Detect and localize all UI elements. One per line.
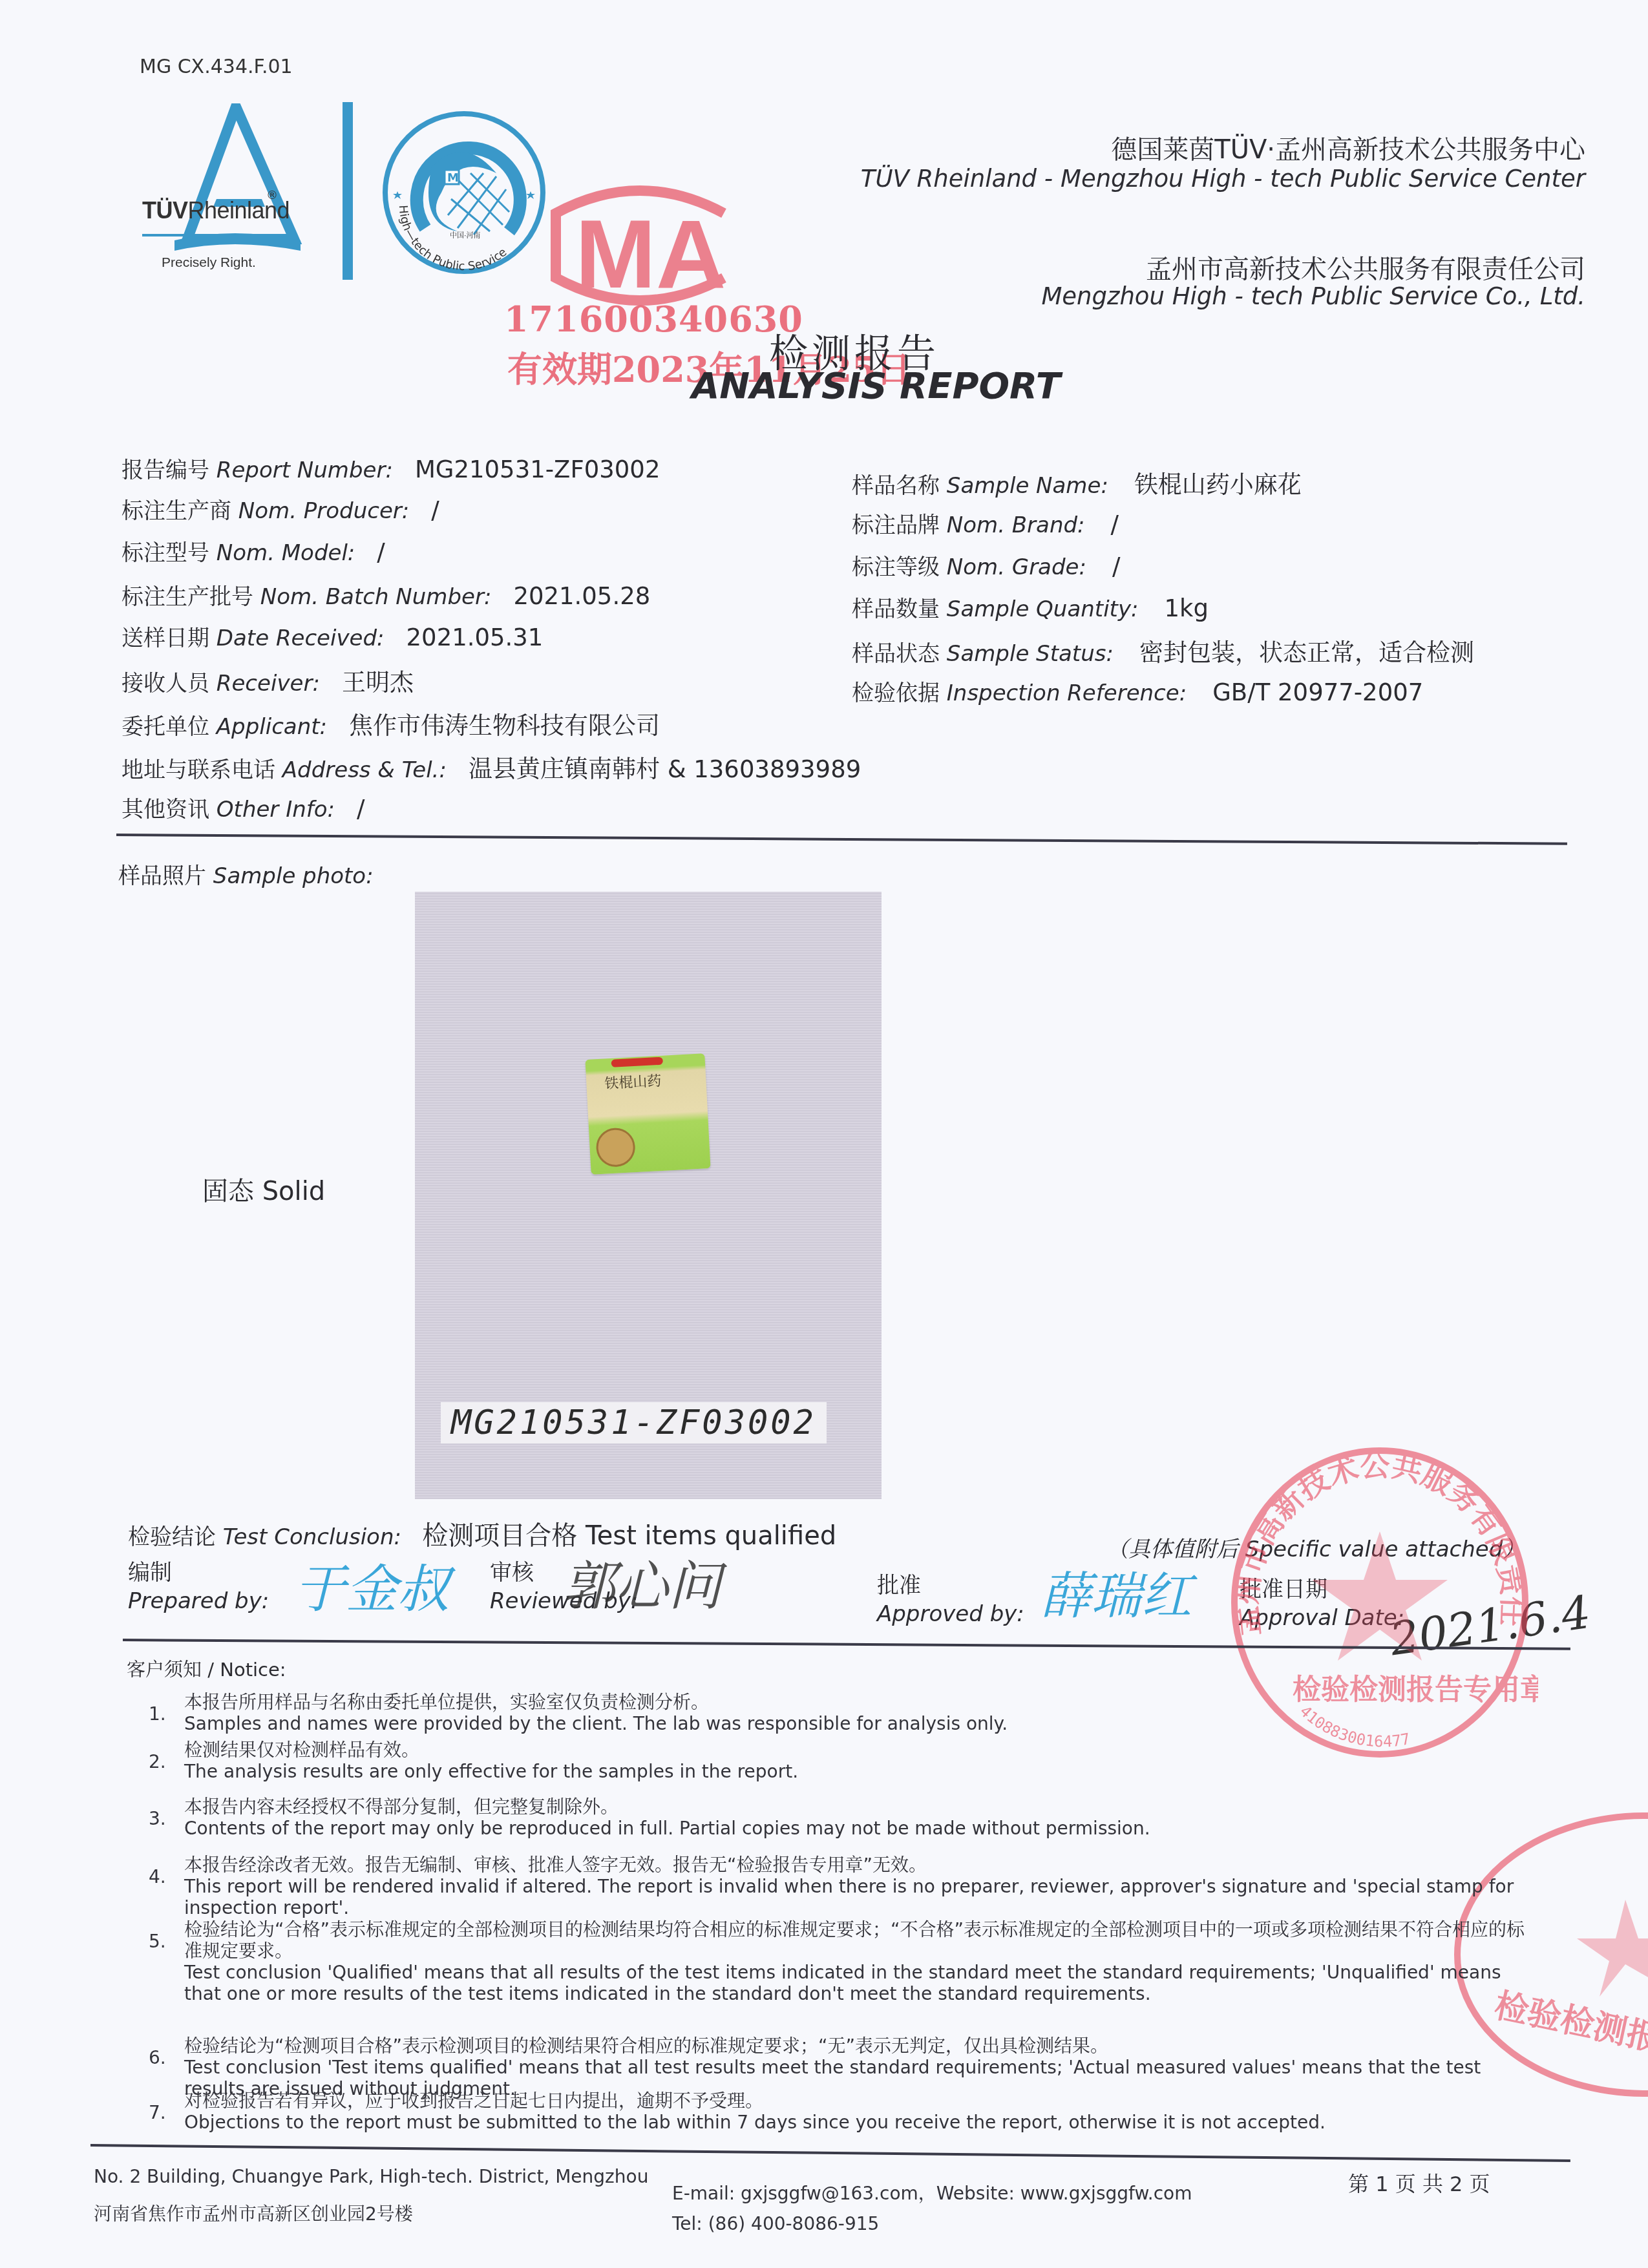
field-value: /	[377, 538, 385, 566]
notice-number: 7.	[149, 2102, 166, 2123]
biscuit-icon	[595, 1127, 636, 1168]
field-label-en: Address & Tel.:	[282, 757, 447, 783]
field-label-cn: 委托单位	[121, 714, 209, 740]
info-row: 样品数量 Sample Quantity:1kg	[852, 591, 1209, 623]
info-row: 标注生产批号 Nom. Batch Number:2021.05.28	[121, 579, 650, 611]
field-label-cn: 检验依据	[852, 680, 940, 706]
field-label-en: Sample Status:	[947, 641, 1114, 667]
field-value: /	[1112, 552, 1120, 580]
notice-number: 3.	[149, 1808, 166, 1829]
cma-stamp-icon: MA	[530, 174, 750, 313]
field-label-en: Applicant:	[217, 714, 327, 740]
package-image: 铁棍山药	[585, 1053, 710, 1174]
field-label-cn: 接收人员	[121, 671, 209, 697]
field-label-en: Sample Name:	[947, 473, 1108, 499]
notice-number: 5.	[149, 1931, 166, 1952]
section-divider	[116, 834, 1567, 845]
field-label-cn: 标注品牌	[852, 512, 940, 538]
svg-text:中国·河南: 中国·河南	[450, 231, 481, 240]
notice-number: 4.	[149, 1866, 166, 1887]
field-value: 1kg	[1164, 594, 1208, 622]
field-label-en: Nom. Batch Number:	[260, 584, 492, 610]
svg-text:MA: MA	[575, 200, 726, 308]
footer-address-en: No. 2 Building, Chuangye Park, High-tech…	[94, 2166, 648, 2187]
form-code: MG CX.434.F.01	[140, 56, 293, 78]
field-value: /	[357, 795, 364, 823]
info-row: 委托单位 Applicant:焦作市伟涛生物科技有限公司	[121, 706, 660, 741]
report-title-en: ANALYSIS REPORT	[692, 365, 1061, 407]
notice-text: 检验结论为“合格”表示标准规定的全部检测项目的检测结果均符合相应的标准规定要求；…	[184, 1919, 1541, 2004]
field-label-cn: 地址与联系电话	[121, 757, 275, 783]
field-value: 温县黄庄镇南韩村 & 13603893989	[469, 755, 861, 783]
package-text: 铁棍山药	[604, 1070, 662, 1093]
field-label-cn: 报告编号	[121, 457, 209, 483]
notice-text: 本报告内容未经授权不得部分复制，但完整复制除外。Contents of the …	[184, 1796, 1541, 1839]
tuv-underline	[142, 234, 292, 236]
field-label-en: Receiver:	[217, 671, 320, 697]
field-label-en: Other Info:	[217, 797, 335, 823]
company-name-cn: 孟州市高新技术公共服务有限责任公司	[1146, 249, 1585, 286]
info-row: 地址与联系电话 Address & Tel.:温县黄庄镇南韩村 & 136038…	[121, 750, 861, 784]
logo-divider	[343, 102, 353, 280]
sample-photo-label: 样品照片 Sample photo:	[118, 858, 374, 890]
package-brand-tag	[611, 1057, 664, 1067]
field-label-en: Nom. Model:	[217, 540, 355, 566]
notice-text: 对检验报告若有异议，应于收到报告之日起七日内提出，逾期不予受理。Objectio…	[184, 2090, 1541, 2133]
reviewer-signature: 郭心问	[562, 1544, 721, 1620]
info-row: 标注型号 Nom. Model:/	[121, 535, 385, 567]
notice-number: 6.	[149, 2047, 166, 2068]
field-value: 焦作市伟涛生物科技有限公司	[349, 712, 660, 740]
field-label-cn: 标注型号	[121, 540, 209, 566]
field-label-en: Nom. Brand:	[947, 512, 1085, 538]
field-label-en: Nom. Grade:	[947, 554, 1086, 580]
test-conclusion: 检验结论 Test Conclusion: 检测项目合格 Test items …	[128, 1515, 836, 1552]
info-row: 标注等级 Nom. Grade:/	[852, 549, 1120, 581]
field-value: 铁棍山药小麻花	[1134, 471, 1302, 499]
signature-divider	[123, 1639, 1570, 1650]
approval-date-value: 2021.6.4	[1387, 1586, 1594, 1666]
field-value: 2021.05.31	[407, 624, 544, 651]
info-row: 标注品牌 Nom. Brand:/	[852, 507, 1119, 539]
preparer-signature: 于金叔	[294, 1548, 449, 1622]
field-label-cn: 送样日期	[121, 625, 209, 651]
notice-number: 2.	[149, 1751, 166, 1772]
field-label-cn: 标注生产商	[121, 498, 231, 524]
approver-signature: 薛瑞红	[1041, 1556, 1192, 1628]
field-value: /	[1111, 510, 1119, 538]
footer-contact: E-mail: gxjsggfw@163.com，Website: www.gx…	[672, 2179, 1192, 2205]
field-value: 密封包装，状态正常，适合检测	[1139, 639, 1474, 667]
notice-text: 本报告所用样品与名称由委托单位提供，实验室仅负责检测分析。Samples and…	[184, 1692, 1541, 1734]
photo-sample-id: MG210531-ZF03002	[441, 1402, 827, 1444]
info-row: 样品状态 Sample Status:密封包装，状态正常，适合检测	[852, 633, 1474, 668]
info-row: 其他资讯 Other Info:/	[121, 792, 364, 823]
registered-mark: ®	[266, 189, 278, 202]
field-value: GB/T 20977-2007	[1212, 678, 1423, 706]
field-label-en: Inspection Reference:	[947, 680, 1187, 706]
notice-title: 客户须知 / Notice:	[127, 1655, 286, 1682]
hitech-globe-seal-icon: M 中国·河南 High—tech Public Service	[380, 109, 548, 277]
info-row: 报告编号 Report Number:MG210531-ZF03002	[121, 452, 660, 484]
field-label-cn: 标注生产批号	[121, 584, 253, 610]
field-value: 王明杰	[342, 669, 414, 697]
footer-tel: Tel: (86) 400-8086-915	[672, 2213, 879, 2234]
notice-text: 本报告经涂改者无效。报告无编制、审核、批准人签字无效。报告无“检验报告专用章”无…	[184, 1854, 1541, 1918]
footer-divider	[90, 2144, 1570, 2162]
field-label-cn: 样品状态	[852, 641, 940, 667]
field-label-en: Date Received:	[217, 625, 385, 651]
info-row: 接收人员 Receiver:王明杰	[121, 663, 414, 698]
field-value: /	[431, 496, 439, 524]
field-label-cn: 其他资讯	[121, 797, 209, 823]
org-name-en: TÜV Rheinland - Mengzhou High - tech Pub…	[861, 165, 1585, 193]
company-name-en: Mengzhou High - tech Public Service Co.,…	[1041, 282, 1585, 310]
sample-photo: 铁棍山药 MG210531-ZF03002	[415, 892, 882, 1499]
field-value: MG210531-ZF03002	[415, 456, 660, 483]
sample-state: 固态 Solid	[202, 1171, 325, 1208]
footer-address-cn: 河南省焦作市孟州市高新区创业园2号楼	[94, 2200, 413, 2226]
info-row: 检验依据 Inspection Reference:GB/T 20977-200…	[852, 675, 1423, 707]
info-row: 送样日期 Date Received:2021.05.31	[121, 620, 543, 652]
approval-date-label: 批准日期Approval Date:	[1240, 1575, 1404, 1632]
field-label-cn: 样品数量	[852, 596, 940, 622]
field-label-cn: 标注等级	[852, 554, 940, 580]
prepared-by-label: 编制Prepared by:	[128, 1559, 269, 1615]
page-number: 第 1 页 共 2 页	[1348, 2168, 1490, 2198]
info-row: 样品名称 Sample Name:铁棍山药小麻花	[852, 465, 1302, 500]
approved-by-label: 批准Approved by:	[877, 1571, 1024, 1628]
field-label-en: Nom. Producer:	[238, 498, 409, 524]
cma-cert-number: 171600340630	[504, 299, 803, 340]
field-label-cn: 样品名称	[852, 473, 940, 499]
notice-number: 1.	[149, 1703, 166, 1725]
tuv-triangle-icon	[155, 103, 304, 278]
notice-text: 检测结果仅对检测样品有效。The analysis results are on…	[184, 1739, 1541, 1782]
field-label-en: Sample Quantity:	[947, 596, 1139, 622]
tuv-slogan: Precisely Right.	[162, 255, 256, 271]
field-value: 2021.05.28	[513, 582, 650, 610]
svg-text:M: M	[447, 171, 459, 185]
info-row: 标注生产商 Nom. Producer:/	[121, 493, 439, 525]
field-label-en: Report Number:	[217, 457, 393, 483]
org-name-cn: 德国莱茵TÜV·孟州高新技术公共服务中心	[1111, 129, 1585, 166]
